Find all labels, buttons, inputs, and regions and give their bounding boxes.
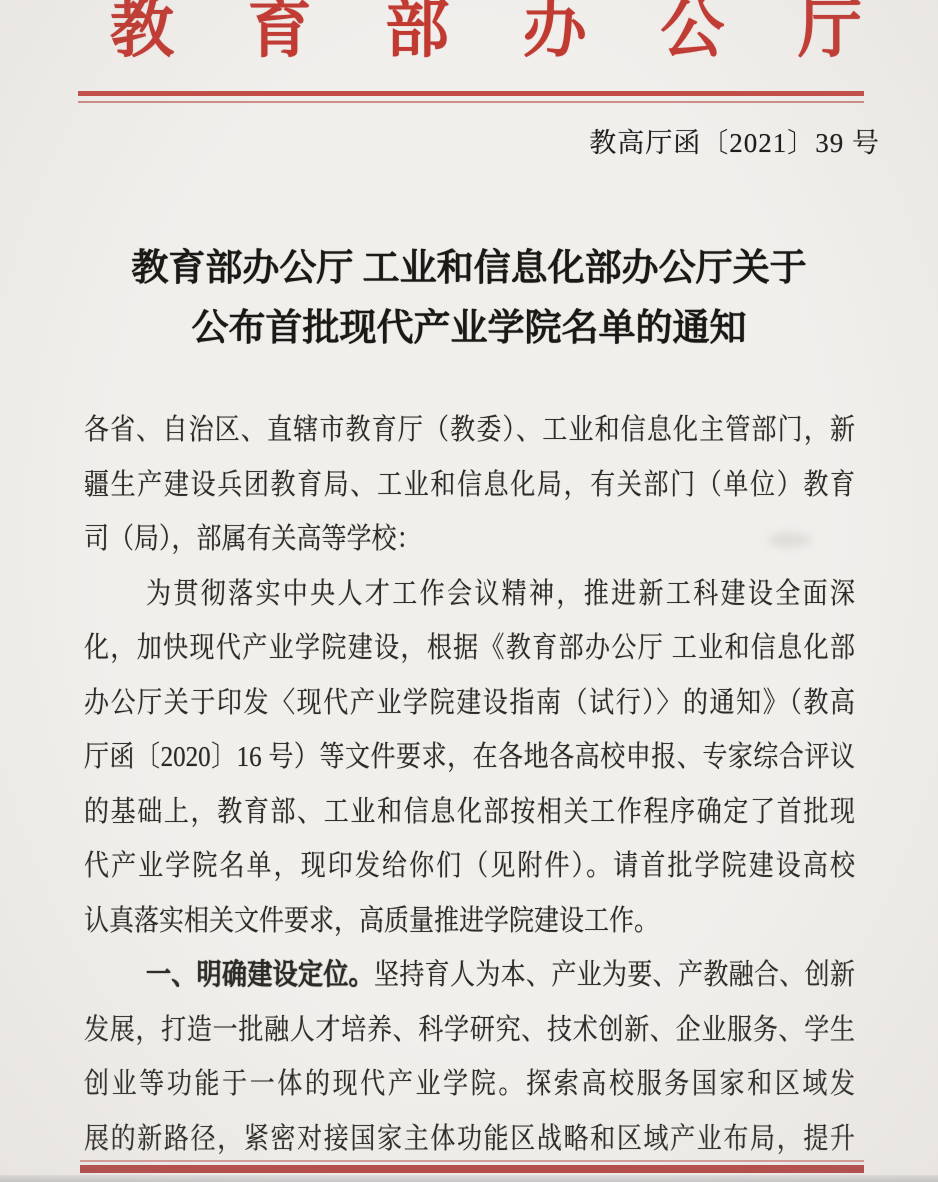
body-line-text: 为贯彻落实中央人才工作会议精神，推进新工科建设全面深 <box>146 578 855 609</box>
body-line-text: 认真落实相关文件要求，高质量推进学院建设工作。 <box>84 905 659 936</box>
header-rule-thin <box>78 101 864 103</box>
body-line-text: 厅函〔2020〕16 号）等文件要求，在各地各高校申报、专家综合评议 <box>84 742 855 773</box>
scan-smudge <box>768 532 812 548</box>
document-title-line2: 公布首批现代产业学院名单的通知 <box>0 299 938 359</box>
body-line-text: 坚持育人为本、产业为要、产教融合、创新 <box>374 960 855 991</box>
letterhead-char: 部 <box>385 0 449 64</box>
header-rule-thick <box>78 91 864 96</box>
body-line: 疆生产建设兵团教育局、工业和信息化局，有关部门（单位）教育 <box>84 454 855 517</box>
body-line: 司（局），部属有关高等学校： <box>84 509 855 572</box>
body-line-text: 的基础上，教育部、工业和信息化部按相关工作程序确定了首批现 <box>84 796 855 827</box>
footer-rule-thin <box>80 1160 864 1162</box>
body-line: 认真落实相关文件要求，高质量推进学院建设工作。 <box>84 890 855 953</box>
body-line: 创业等功能于一体的现代产业学院。探索高校服务国家和区域发 <box>84 1054 855 1117</box>
footer-red-rule <box>80 1160 864 1173</box>
body-line: 为贯彻落实中央人才工作会议精神，推进新工科建设全面深 <box>84 563 855 626</box>
body-line: 发展，打造一批融人才培养、科学研究、技术创新、企业服务、学生 <box>84 999 855 1062</box>
body-line-text: 化，加快现代产业学院建设，根据《教育部办公厅 工业和信息化部 <box>84 633 855 664</box>
document-title-line1: 教育部办公厅 工业和信息化部办公厅关于 <box>0 239 938 299</box>
body-line-text: 创业等功能于一体的现代产业学院。探索高校服务国家和区域发 <box>84 1069 855 1100</box>
document-title: 教育部办公厅 工业和信息化部办公厅关于 公布首批现代产业学院名单的通知 <box>0 239 938 359</box>
body-line: 化，加快现代产业学院建设，根据《教育部办公厅 工业和信息化部 <box>84 618 855 681</box>
body-line: 厅函〔2020〕16 号）等文件要求，在各地各高校申报、专家综合评议 <box>84 727 855 790</box>
letterhead-char: 公 <box>660 0 724 64</box>
letterhead-title: 教育部办公厅 <box>110 0 862 64</box>
body-line-text: 发展，打造一批融人才培养、科学研究、技术创新、企业服务、学生 <box>84 1014 855 1045</box>
body-line: 办公厅关于印发〈现代产业学院建设指南（试行）〉的通知》（教高 <box>84 672 855 735</box>
letterhead-char: 育 <box>248 0 312 64</box>
letterhead-char: 办 <box>523 0 587 64</box>
section-heading: 一、明确建设定位。 <box>146 960 374 991</box>
letterhead-char: 厅 <box>798 0 862 64</box>
header-red-rule <box>78 91 864 103</box>
scan-bottom-edge <box>0 1175 938 1182</box>
body-line-text: 代产业学院名单，现印发给你们（见附件）。请首批学院建设高校 <box>84 851 855 882</box>
body-line: 各省、自治区、直辖市教育厅（教委）、工业和信息化主管部门，新 <box>84 400 855 463</box>
document-number: 教高厅函〔2021〕39 号 <box>589 127 880 159</box>
body-line: 代产业学院名单，现印发给你们（见附件）。请首批学院建设高校 <box>84 836 855 899</box>
body-line-text: 司（局），部属有关高等学校： <box>84 524 422 555</box>
footer-rule-thick <box>80 1165 864 1173</box>
body-line: 的基础上，教育部、工业和信息化部按相关工作程序确定了首批现 <box>84 781 855 844</box>
body-line-text: 展的新路径，紧密对接国家主体功能区战略和区域产业布局，提升 <box>84 1123 855 1154</box>
letterhead-char: 教 <box>110 0 174 64</box>
body-line-text: 办公厅关于印发〈现代产业学院建设指南（试行）〉的通知》（教高 <box>84 687 855 718</box>
body-line: 一、明确建设定位。坚持育人为本、产业为要、产教融合、创新 <box>84 945 855 1008</box>
document-page: 教育部办公厅 教高厅函〔2021〕39 号 教育部办公厅 工业和信息化部办公厅关… <box>0 0 938 1182</box>
body-line-text: 疆生产建设兵团教育局、工业和信息化局，有关部门（单位）教育 <box>84 469 855 500</box>
body-line-text: 各省、自治区、直辖市教育厅（教委）、工业和信息化主管部门，新 <box>84 415 855 446</box>
document-body: 各省、自治区、直辖市教育厅（教委）、工业和信息化主管部门，新疆生产建设兵团教育局… <box>84 404 855 1167</box>
